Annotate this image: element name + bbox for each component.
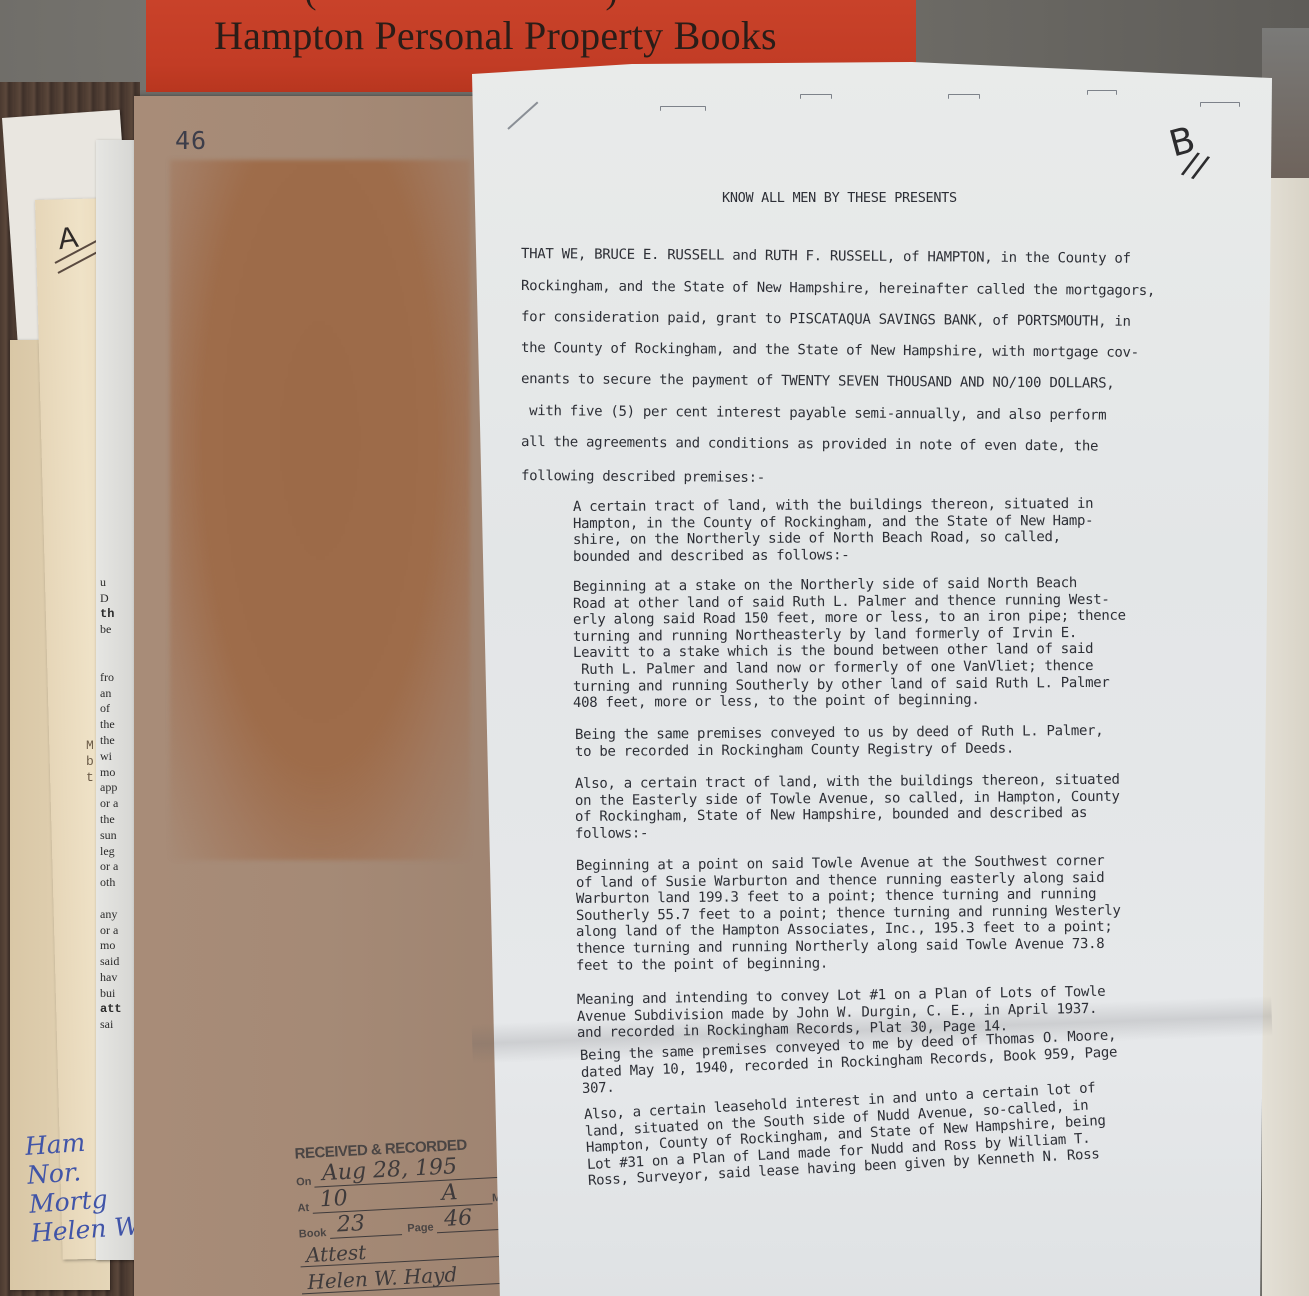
staple-icon	[1087, 90, 1117, 95]
staple-icon	[660, 106, 706, 111]
staple-icon	[1200, 102, 1240, 107]
stamp-meridiem-value: A	[433, 1179, 492, 1207]
paragraph-line: follows:-	[575, 825, 648, 842]
sign-parentheses: ( )	[146, 0, 916, 12]
stamp-book-value: 23	[328, 1210, 401, 1239]
paragraph-line: to be recorded in Rockingham County Regi…	[575, 740, 1014, 760]
paragraph-line: shire, on the Northerly side of North Be…	[573, 529, 1061, 548]
paragraph-line: 408 feet, more or less, to the point of …	[573, 692, 980, 712]
folder-stain	[170, 160, 470, 860]
stamp-page-label: Page	[407, 1221, 434, 1234]
stamp-at-label: At	[297, 1202, 309, 1215]
paragraph-line: bounded and described as follows:-	[573, 547, 849, 565]
recording-stamp: RECEIVED & RECORDED On Aug 28, 195 At 10…	[294, 1135, 512, 1295]
paragraph-line: 307.	[581, 1080, 614, 1098]
sign-title: Hampton Personal Property Books	[214, 12, 777, 59]
staple-icon	[800, 94, 832, 99]
paragraph-line: feet to the point of beginning.	[576, 955, 828, 974]
staple-icon	[948, 94, 980, 99]
stamp-time-value: 10	[311, 1182, 434, 1213]
stamp-on-label: On	[296, 1176, 312, 1189]
folder-page-number: 46	[175, 126, 207, 155]
handwritten-note: Ham Nor. Mortg Helen W	[24, 1124, 144, 1252]
intro-line: following described premises:-	[521, 468, 765, 486]
stamp-book-label: Book	[299, 1227, 327, 1240]
document-heading: KNOW ALL MEN BY THESE PRESENTS	[722, 190, 957, 206]
